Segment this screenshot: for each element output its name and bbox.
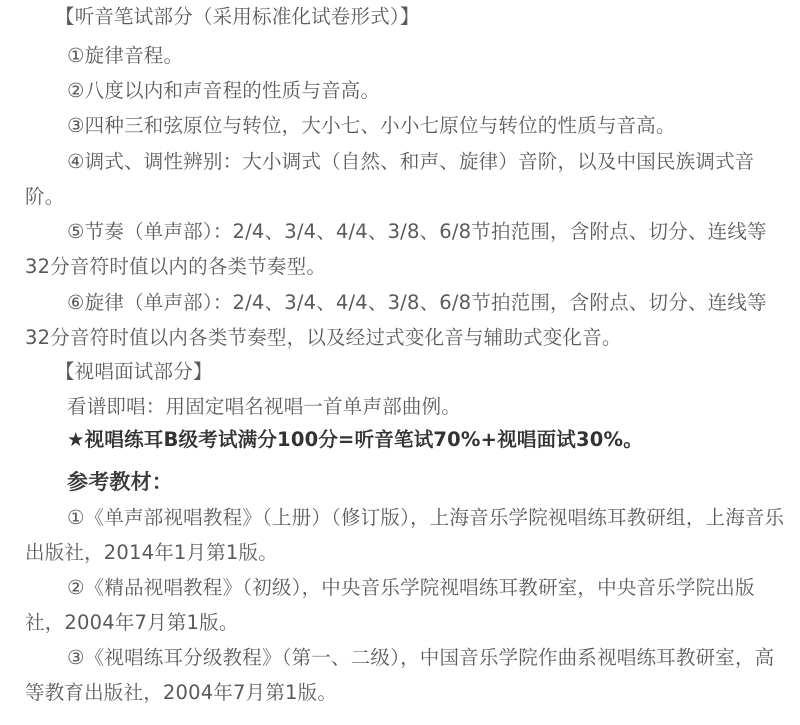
reference-item-3: ③《视唱练耳分级教程》（第一、二级），中国音乐学院作曲系视唱练耳教研室，高等教育… <box>25 640 785 710</box>
reference-item-1: ①《单声部视唱教程》（上册）（修订版），上海音乐学院视唱练耳教研组，上海音乐出版… <box>25 500 785 570</box>
listening-item-3: ③四种三和弦原位与转位，大小七、小小七原位与转位的性质与音高。 <box>67 113 676 139</box>
score-note: ★视唱练耳B级考试满分100分=听音笔试70%+视唱面试30%。 <box>67 427 643 453</box>
listening-item-2: ②八度以内和声音程的性质与音高。 <box>67 78 380 104</box>
reference-item-2: ②《精品视唱教程》（初级），中央音乐学院视唱练耳教研室，中央音乐学院出版社，20… <box>25 570 785 640</box>
listening-item-6: ⑥旋律（单声部）：2/4、3/4、4/4、3/8、6/8节拍范围，含附点、切分、… <box>25 285 785 355</box>
sight-singing-heading: 【视唱面试部分】 <box>55 359 213 385</box>
references-heading: 参考教材： <box>67 469 173 495</box>
listening-item-5: ⑤节奏（单声部）：2/4、3/4、4/4、3/8、6/8节拍范围，含附点、切分、… <box>25 214 785 284</box>
listening-item-1: ①旋律音程。 <box>67 43 183 69</box>
listening-section-heading: 【听音笔试部分（采用标准化试卷形式）】 <box>55 4 420 30</box>
listening-item-4: ④调式、调性辨别：大小调式（自然、和声、旋律）音阶，以及中国民族调式音阶。 <box>25 144 785 214</box>
sight-singing-item: 看谱即唱：用固定唱名视唱一首单声部曲例。 <box>67 394 461 420</box>
